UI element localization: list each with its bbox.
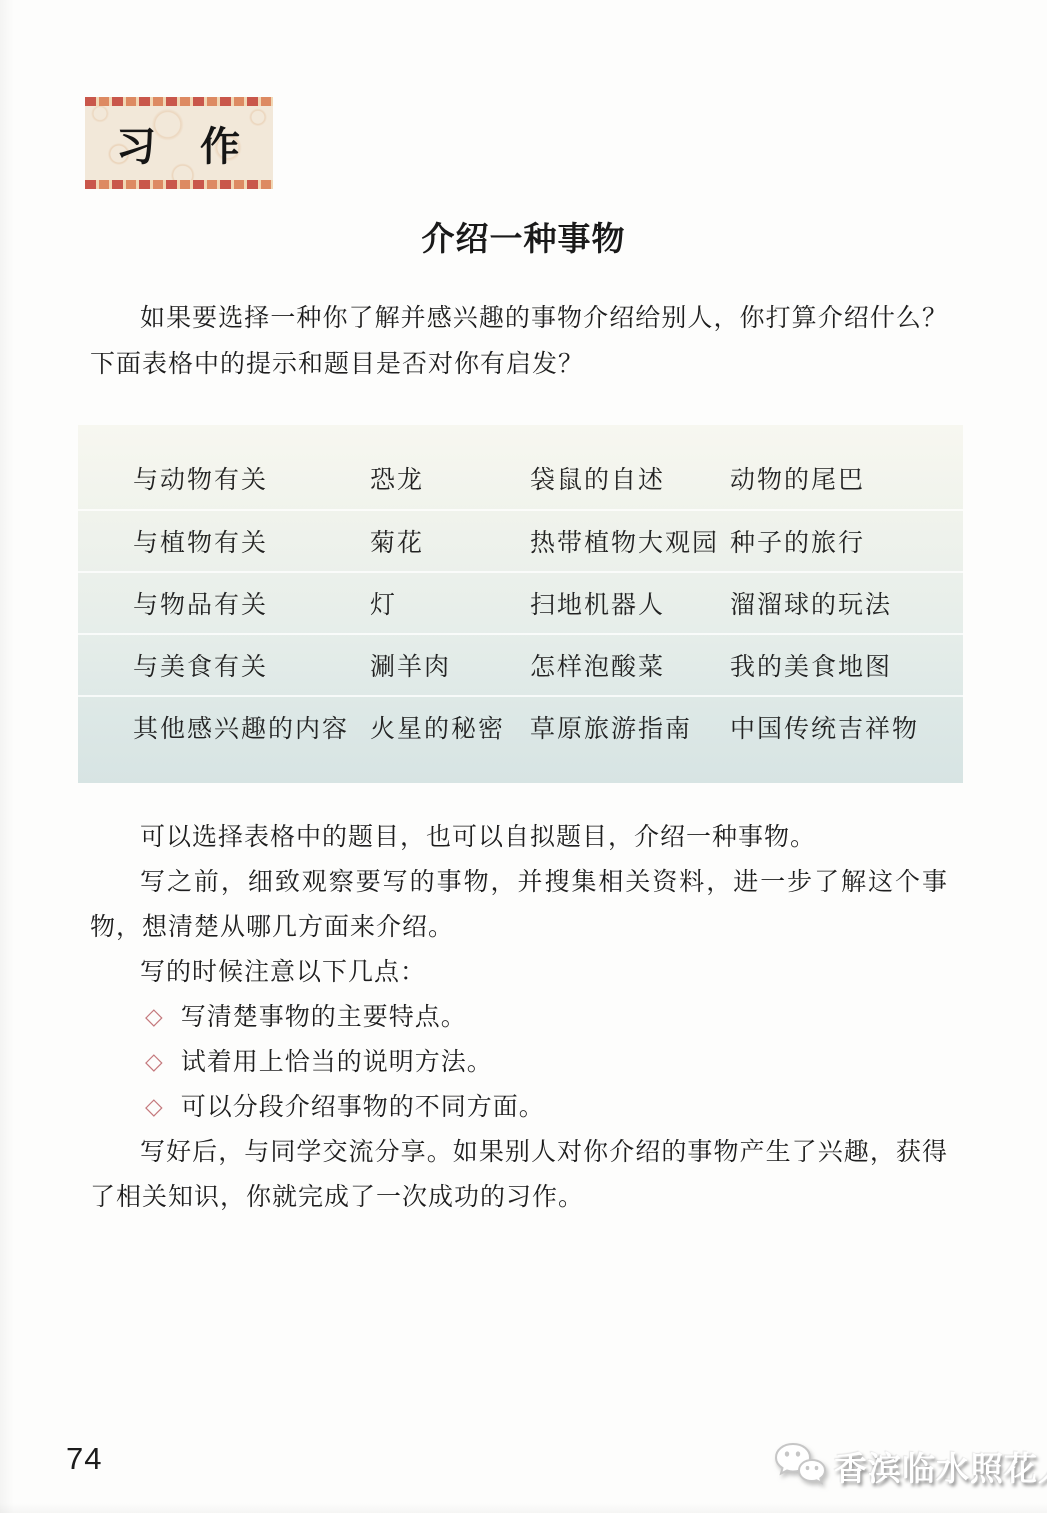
topic-suggestion-table: 与动物有关 恐龙 袋鼠的自述 动物的尾巴 与植物有关 菊花 热带植物大观园 种子…: [78, 425, 963, 783]
table-row: 与植物有关 菊花 热带植物大观园 种子的旅行: [78, 509, 963, 571]
paragraph-choose-topic: 可以选择表格中的题目，也可以自拟题目，介绍一种事物。: [90, 815, 948, 860]
wechat-icon: [772, 1440, 828, 1493]
section-banner: 习 作: [85, 97, 273, 189]
topic-cell: 恐龙: [370, 460, 530, 496]
category-cell: 与动物有关: [78, 460, 370, 496]
section-banner-label: 习 作: [116, 115, 242, 172]
bullet-text: 可以分段介绍事物的不同方面。: [181, 1085, 545, 1130]
topic-cell: 动物的尾巴: [730, 460, 963, 496]
category-cell: 与植物有关: [78, 523, 370, 559]
topic-cell: 袋鼠的自述: [530, 460, 730, 496]
topic-cell: 我的美食地图: [730, 647, 963, 683]
topic-cell: 火星的秘密: [370, 709, 530, 745]
table-row: 其他感兴趣的内容 火星的秘密 草原旅游指南 中国传统吉祥物: [78, 695, 963, 757]
category-cell: 与美食有关: [78, 647, 370, 683]
diamond-bullet-icon: ◇: [145, 1084, 164, 1129]
intro-paragraph: 如果要选择一种你了解并感兴趣的事物介绍给别人，你打算介绍什么？下面表格中的提示和…: [90, 296, 948, 388]
topic-cell: 热带植物大观园: [530, 523, 730, 559]
page-title: 介绍一种事物: [0, 213, 1047, 260]
topic-cell: 中国传统吉祥物: [730, 709, 963, 745]
topic-cell: 种子的旅行: [730, 523, 963, 559]
topic-cell: 扫地机器人: [530, 585, 730, 621]
topic-cell: 菊花: [370, 523, 530, 559]
body-text: 可以选择表格中的题目，也可以自拟题目，介绍一种事物。 写之前，细致观察要写的事物…: [90, 815, 948, 1220]
closing-paragraph: 写好后，与同学交流分享。如果别人对你介绍的事物产生了兴趣，获得了相关知识，你就完…: [90, 1130, 948, 1220]
notes-heading: 写的时候注意以下几点：: [90, 950, 948, 995]
topic-cell: 溜溜球的玩法: [730, 585, 963, 621]
bullet-text: 写清楚事物的主要特点。: [181, 995, 467, 1040]
paragraph-before-writing: 写之前，细致观察要写的事物，并搜集相关资料，进一步了解这个事物，想清楚从哪几方面…: [90, 860, 948, 950]
table-row: 与美食有关 涮羊肉 怎样泡酸菜 我的美食地图: [78, 633, 963, 695]
category-cell: 与物品有关: [78, 585, 370, 621]
category-cell: 其他感兴趣的内容: [78, 709, 370, 745]
diamond-bullet-icon: ◇: [145, 994, 164, 1039]
bullet-item: ◇ 可以分段介绍事物的不同方面。: [90, 1085, 948, 1130]
topic-cell: 草原旅游指南: [530, 709, 730, 745]
bullet-text: 试着用上恰当的说明方法。: [181, 1040, 493, 1085]
page-edge-shadow-bottom: [0, 1503, 1047, 1513]
topic-cell: 涮羊肉: [370, 647, 530, 683]
bullet-item: ◇ 写清楚事物的主要特点。: [90, 995, 948, 1040]
topic-cell: 灯: [370, 585, 530, 621]
bullet-item: ◇ 试着用上恰当的说明方法。: [90, 1040, 948, 1085]
page-number: 74: [66, 1441, 102, 1477]
textbook-page: 习 作 介绍一种事物 如果要选择一种你了解并感兴趣的事物介绍给别人，你打算介绍什…: [0, 0, 1047, 1513]
table-row: 与动物有关 恐龙 袋鼠的自述 动物的尾巴: [78, 447, 963, 509]
watermark: 香滨临水照花人: [772, 1440, 1047, 1493]
topic-cell: 怎样泡酸菜: [530, 647, 730, 683]
watermark-text: 香滨临水照花人: [834, 1443, 1047, 1490]
diamond-bullet-icon: ◇: [145, 1039, 164, 1084]
table-row: 与物品有关 灯 扫地机器人 溜溜球的玩法: [78, 571, 963, 633]
